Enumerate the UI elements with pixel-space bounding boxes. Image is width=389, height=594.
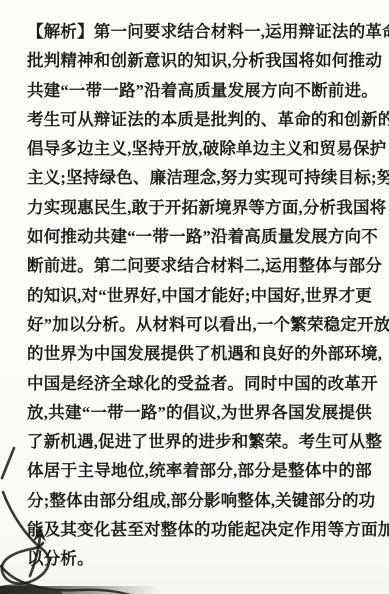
solution-line: 【解析】第一问要求结合材料一,运用辩证法的革命 (27, 17, 372, 46)
solution-line: 以分析。 (27, 544, 372, 573)
solution-line: 好”加以分析。从材料可以看出,一个繁荣稳定开放 (27, 310, 372, 339)
solution-line: 共建“一带一路”沿着高质量发展方向不断前进。 (27, 76, 372, 105)
solution-line: 倡导多边主义,坚持开放,破除单边主义和贸易保护 (27, 134, 372, 163)
solution-line: 的世界为中国发展提供了机遇和良好的外部环境, (27, 339, 372, 368)
solution-line: 考生可从辩证法的本质是批判的、革命的和创新的; (27, 105, 372, 134)
scanned-page: 【解析】第一问要求结合材料一,运用辩证法的革命 批判精神和创新意识的知识,分析我… (0, 0, 389, 594)
solution-line: 体居于主导地位,统率着部分,部分是整体中的部 (27, 456, 372, 485)
solution-line: 的知识,对“世界好,中国才能好;中国好,世界才更 (27, 281, 372, 310)
solution-paragraph: 【解析】第一问要求结合材料一,运用辩证法的革命 批判精神和创新意识的知识,分析我… (27, 17, 372, 574)
solution-line: 能及其变化甚至对整体的功能起决定作用等方面加 (27, 515, 372, 544)
solution-line: 中国是经济全球化的受益者。同时中国的改革开 (27, 369, 372, 398)
solution-line: 分;整体由部分组成,部分影响整体,关键部分的功 (27, 486, 372, 515)
solution-line: 放,共建“一带一路”的倡议,为世界各国发展提供 (27, 398, 372, 427)
solution-line: 了新机遇,促进了世界的进步和繁荣。考生可从整 (27, 427, 372, 456)
scan-shadow-bottom-edge (0, 586, 160, 594)
solution-line: 断前进。第二问要求结合材料二,运用整体与部分 (27, 251, 372, 280)
solution-line: 力实现惠民生,敢于开拓新境界等方面,分析我国将 (27, 193, 372, 222)
solution-line: 主义;坚持绿色、廉洁理念,努力实现可持续目标;努 (27, 163, 372, 192)
solution-line: 如何推动共建“一带一路”沿着高质量发展方向不 (27, 222, 372, 251)
solution-line: 批判精神和创新意识的知识,分析我国将如何推动 (27, 46, 372, 75)
